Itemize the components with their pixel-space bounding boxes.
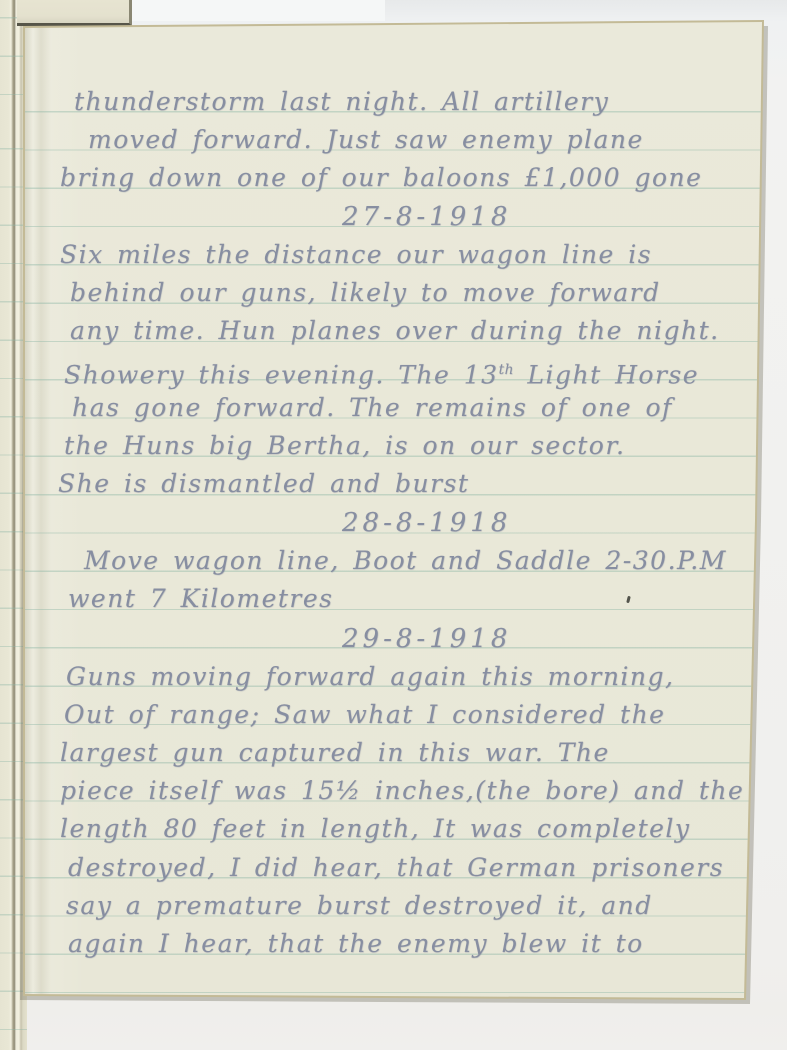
superscript-ordinal: th — [499, 362, 514, 378]
date-heading: 28-8-1918 — [342, 504, 511, 542]
handwriting-line: thunderstorm last night. All artillery — [74, 83, 609, 121]
handwriting-line: moved forward. Just saw enemy plane — [88, 121, 644, 159]
handwriting-line: Out of range; Saw what I considered the — [64, 696, 665, 734]
handwriting-line: say a premature burst destroyed it, and — [66, 887, 653, 925]
handwriting-line: has gone forward. The remains of one of — [72, 389, 673, 427]
handwriting-line: went 7 Kilometres — [68, 580, 333, 618]
handwriting-line: Guns moving forward again this morning, — [66, 658, 674, 696]
handwriting-line: any time. Hun planes over during the nig… — [70, 312, 720, 350]
handwriting-line: Six miles the distance our wagon line is — [60, 236, 652, 274]
handwriting-line: piece itself was 15½ inches,(the bore) a… — [60, 772, 744, 810]
handwriting-text: Light Horse — [514, 360, 699, 389]
handwriting-text: Showery this evening. The 13 — [64, 360, 499, 389]
handwriting-line: Move wagon line, Boot and Saddle 2-30.P.… — [84, 542, 727, 580]
handwriting-line: behind our guns, likely to move forward — [70, 274, 661, 312]
handwriting-line: the Huns big Bertha, is on our sector. — [64, 427, 625, 465]
date-heading: 29-8-1918 — [342, 620, 511, 658]
handwriting-line: again I hear, that the enemy blew it to — [68, 925, 644, 963]
diary-page-scan: thunderstorm last night. All artillery m… — [0, 0, 787, 1050]
handwriting-line: length 80 feet in length, It was complet… — [60, 810, 691, 848]
handwriting-line: Showery this evening. The 13th Light Hor… — [64, 351, 699, 389]
page-corner-tab — [17, 0, 132, 26]
handwriting-line: She is dismantled and burst — [58, 465, 469, 503]
handwriting-line: bring down one of our baloons £1,000 gon… — [60, 159, 702, 197]
handwriting-line: destroyed, I did hear, that German priso… — [68, 849, 724, 887]
date-heading: 27-8-1918 — [342, 198, 511, 236]
diary-page: thunderstorm last night. All artillery m… — [0, 0, 787, 1050]
handwriting-line: largest gun captured in this war. The — [60, 734, 610, 772]
underlying-sheet-edge — [129, 0, 385, 21]
